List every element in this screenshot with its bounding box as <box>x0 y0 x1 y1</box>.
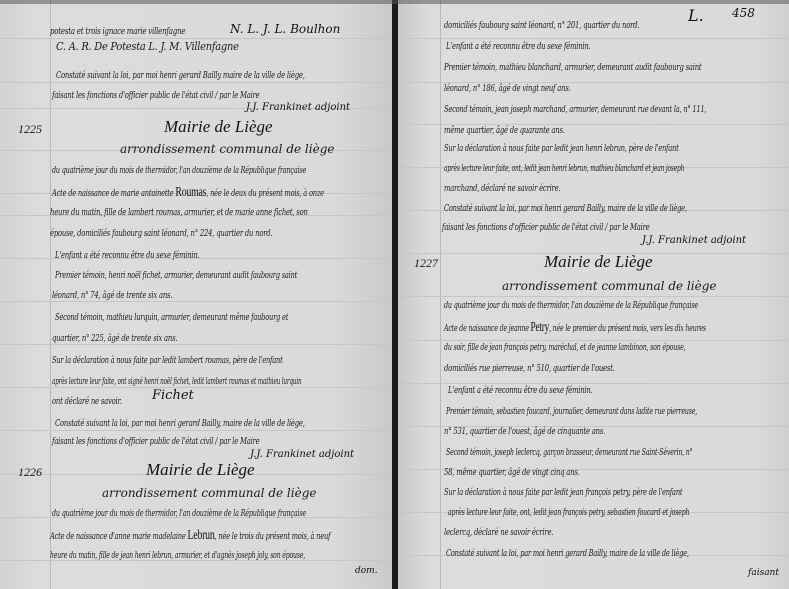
entry-subheading: arrondissement communal de liège <box>502 279 717 293</box>
subject-surname: Petry <box>531 320 550 335</box>
text-line: épouse, domiciliés faubourg saint léonar… <box>50 228 272 239</box>
text-line: Constaté suivant la loi, par moi henri g… <box>55 418 305 429</box>
ruling-line <box>0 430 392 431</box>
adjoint-signature: J.J. Frankinet adjoint <box>246 102 350 113</box>
text-line: leclercq, déclaré ne savoir écrire. <box>444 527 553 538</box>
catchword: dom. <box>355 566 378 576</box>
text-line: Premier témoin, henri noël fichet, armur… <box>55 270 297 281</box>
ruling-line <box>0 38 392 39</box>
text-line: heure du matin, fille de jean henri lebr… <box>50 550 305 561</box>
text-line: Constaté suivant la loi, par moi henri g… <box>446 548 689 559</box>
text-line: L'enfant a été reconnu être du sexe fémi… <box>55 250 200 261</box>
signatures-line: C. A. R. De Potesta L. J. M. Villenfagne <box>56 40 239 53</box>
text-line: après lecture leur faite, ont signé henr… <box>52 376 302 387</box>
text-line: Premier témoin, mathieu blanchard, armur… <box>444 62 701 73</box>
text-line: quartier, n° 225, âgé de trente six ans. <box>52 333 177 344</box>
entry-heading: Mairie de Liège <box>164 117 273 137</box>
text-line: léonard, n° 186, âgé de vingt neuf ans. <box>444 83 571 94</box>
witness-signature: Fichet <box>152 388 194 403</box>
ruling-line <box>0 301 392 302</box>
text-line: ont déclaré ne savoir. <box>52 396 122 407</box>
entry-heading: Mairie de Liège <box>544 252 653 272</box>
text-line: Constaté suivant la loi, par moi henri g… <box>56 70 305 81</box>
entry-heading: Mairie de Liège <box>146 460 255 480</box>
text-line: du quatrième jour du mois de thermidor, … <box>52 508 306 519</box>
entry-number: 1225 <box>18 122 42 137</box>
text-line: même quartier, âgé de quarante ans. <box>444 125 565 136</box>
page-number: 458 <box>732 6 755 20</box>
text-line: léonard, n° 74, âgé de trente six ans. <box>52 290 172 301</box>
entry-subheading: arrondissement communal de liège <box>120 142 335 156</box>
page-letter: L. <box>688 6 704 25</box>
margin-rule <box>50 0 51 589</box>
text-line: Second témoin, mathieu lurquin, armurier… <box>55 312 288 323</box>
text-line: Sur la déclaration à nous faite par ledi… <box>52 355 283 366</box>
adjoint-signature: J.J. Frankinet adjoint <box>642 235 746 246</box>
text-line: Sur la déclaration à nous faite par ledi… <box>444 487 682 498</box>
text-line: L'enfant a été reconnu être du sexe fémi… <box>448 385 593 396</box>
book-top-edge <box>0 0 789 4</box>
text-line: 58, même quartier, âgé de vingt cinq ans… <box>444 467 580 478</box>
text-line: Acte de naissance de marie antoinette Ro… <box>52 185 324 201</box>
subject-surname: Roumas <box>175 185 206 200</box>
text-line: faisant les fonctions d'officier public … <box>442 222 650 233</box>
entry-subheading: arrondissement communal de liège <box>102 486 317 500</box>
text-line: Constaté suivant la loi, par moi henri g… <box>444 203 687 214</box>
left-page: potesta et trois ignace marie villenfagn… <box>0 0 392 589</box>
text-line: Acte de naissance d'anne marie madelaine… <box>50 528 330 544</box>
text-line: Second témoin, jean joseph marchand, arm… <box>444 104 706 115</box>
text-line: après lecture leur faite, ont, ledit jea… <box>444 163 684 174</box>
margin-rule <box>440 0 441 589</box>
text-line: Premier témoin, sebastien foucard, journ… <box>446 406 697 417</box>
entry-number: 1227 <box>414 256 438 271</box>
signature: N. L. J. L. Boulhon <box>230 22 340 36</box>
ruling-line <box>0 387 392 388</box>
text-line: n° 531, quartier de l'ouest, âgé de cinq… <box>444 426 605 437</box>
ruling-line <box>398 296 789 297</box>
entry-number: 1226 <box>18 465 42 480</box>
ruling-line <box>398 340 789 341</box>
text-line: après lecture leur faite, ont, ledit jea… <box>448 507 689 518</box>
text-line: du quatrième jour du mois de thermidor, … <box>444 300 698 311</box>
text-line: faisant les fonctions d'officier public … <box>52 90 260 101</box>
catchword: faisant <box>748 568 779 578</box>
text-line: marchand, déclaré ne savoir écrire. <box>444 183 560 194</box>
text-line: Sur la déclaration à nous faite par ledi… <box>444 143 679 154</box>
subject-surname: Lebrun <box>187 528 214 543</box>
adjoint-signature: J.J. Frankinet adjoint <box>250 449 354 460</box>
ruling-line <box>0 344 392 345</box>
ruling-line <box>398 38 789 39</box>
text-line: Second témoin, joseph leclercq, garçon b… <box>446 447 693 458</box>
text-line: faisant les fonctions d'officier public … <box>52 436 260 447</box>
right-page: L. 458 domiciliés faubourg saint léonard… <box>398 0 789 589</box>
text-line: domiciliés rue pierreuse, n° 510, quarti… <box>444 363 615 374</box>
text-line: L'enfant a été reconnu être du sexe fémi… <box>446 41 591 52</box>
text-line: du soir, fille de jean françois petry, m… <box>444 342 685 353</box>
text-line: potesta et trois ignace marie villenfagn… <box>50 26 185 37</box>
text-line: heure du matin, fille de lambert roumas,… <box>50 207 308 218</box>
ruling-line <box>0 82 392 83</box>
ruling-line <box>398 383 789 384</box>
text-line: Acte de naissance de jeanne Petry, née l… <box>444 320 706 336</box>
text-line: du quatrième jour du mois de thermidor, … <box>52 165 306 176</box>
text-line: domiciliés faubourg saint léonard, n° 20… <box>444 20 639 31</box>
